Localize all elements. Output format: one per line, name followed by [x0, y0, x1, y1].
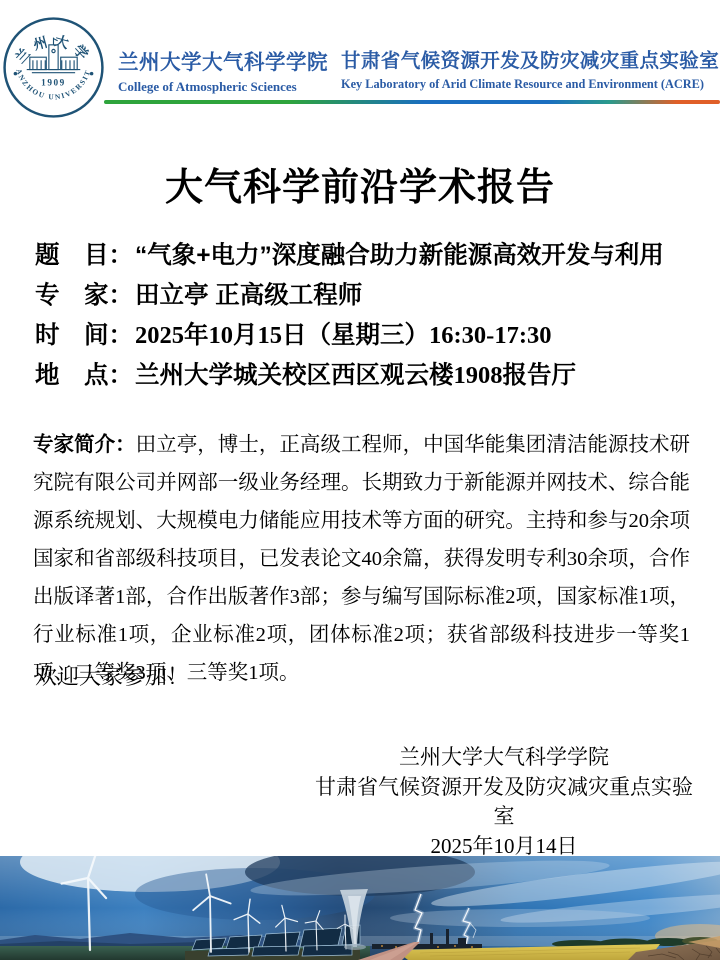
- info-label: 题 目：: [35, 242, 133, 269]
- info-label: 专 家：: [35, 282, 133, 309]
- signature-block: 兰州大学大气科学学院 甘肃省气候资源开发及防灾减灾重点实验室 2025年10月1…: [306, 743, 702, 861]
- info-row-topic: 题 目：“气象+电力”深度融合助力新能源高效开发与利用: [35, 236, 695, 276]
- signature-college: 兰州大学大气科学学院: [306, 743, 702, 773]
- lecture-info-list: 题 目：“气象+电力”深度融合助力新能源高效开发与利用 专 家：田立亭 正高级工…: [35, 236, 695, 396]
- laboratory-name-zh: 甘肃省气候资源开发及防灾减灾重点实验室: [341, 45, 713, 73]
- info-value: “气象+电力”深度融合助力新能源高效开发与利用: [135, 242, 664, 269]
- poster-title: 大气科学前沿学术报告: [0, 156, 720, 211]
- bio-text: 田立亭，博士，正高级工程师，中国华能集团清洁能源技术研究院有限公司并网部一级业务…: [33, 433, 690, 684]
- info-row-venue: 地 点：兰州大学城关校区西区观云楼1908报告厅: [35, 356, 695, 396]
- info-label: 时 间：: [35, 322, 133, 349]
- header: 兰州大学 1909 LANZHOU UNIVERSITY: [0, 0, 720, 120]
- lanzhou-university-seal-logo: 兰州大学 1909 LANZHOU UNIVERSITY: [2, 16, 105, 119]
- info-value: 2025年10月15日（星期三）16:30-17:30: [135, 322, 551, 349]
- seal-year: 1909: [41, 79, 66, 89]
- welcome-note: 欢迎大家参加！: [35, 662, 189, 692]
- college-name-zh: 兰州大学大气科学学院: [118, 45, 333, 75]
- college-name-block: 兰州大学大气科学学院 College of Atmospheric Scienc…: [118, 45, 333, 95]
- info-row-time: 时 间：2025年10月15日（星期三）16:30-17:30: [35, 316, 695, 356]
- laboratory-name-en: Key Laboratory of Arid Climate Resource …: [341, 77, 713, 92]
- info-value: 兰州大学城关校区西区观云楼1908报告厅: [135, 362, 576, 389]
- poster-page: 兰州大学 1909 LANZHOU UNIVERSITY: [0, 0, 720, 960]
- info-row-speaker: 专 家：田立亭 正高级工程师: [35, 276, 695, 316]
- footer-photo-montage: [0, 856, 720, 960]
- laboratory-name-block: 甘肃省气候资源开发及防灾减灾重点实验室 Key Laboratory of Ar…: [341, 45, 713, 92]
- college-name-en: College of Atmospheric Sciences: [118, 79, 333, 95]
- signature-laboratory: 甘肃省气候资源开发及防灾减灾重点实验室: [306, 773, 702, 832]
- bio-label: 专家简介：: [33, 433, 136, 456]
- info-label: 地 点：: [35, 362, 133, 389]
- info-value: 田立亭 正高级工程师: [135, 282, 362, 309]
- header-divider-rule: [104, 100, 720, 104]
- speaker-bio-paragraph: 专家简介：田立亭，博士，正高级工程师，中国华能集团清洁能源技术研究院有限公司并网…: [33, 426, 690, 692]
